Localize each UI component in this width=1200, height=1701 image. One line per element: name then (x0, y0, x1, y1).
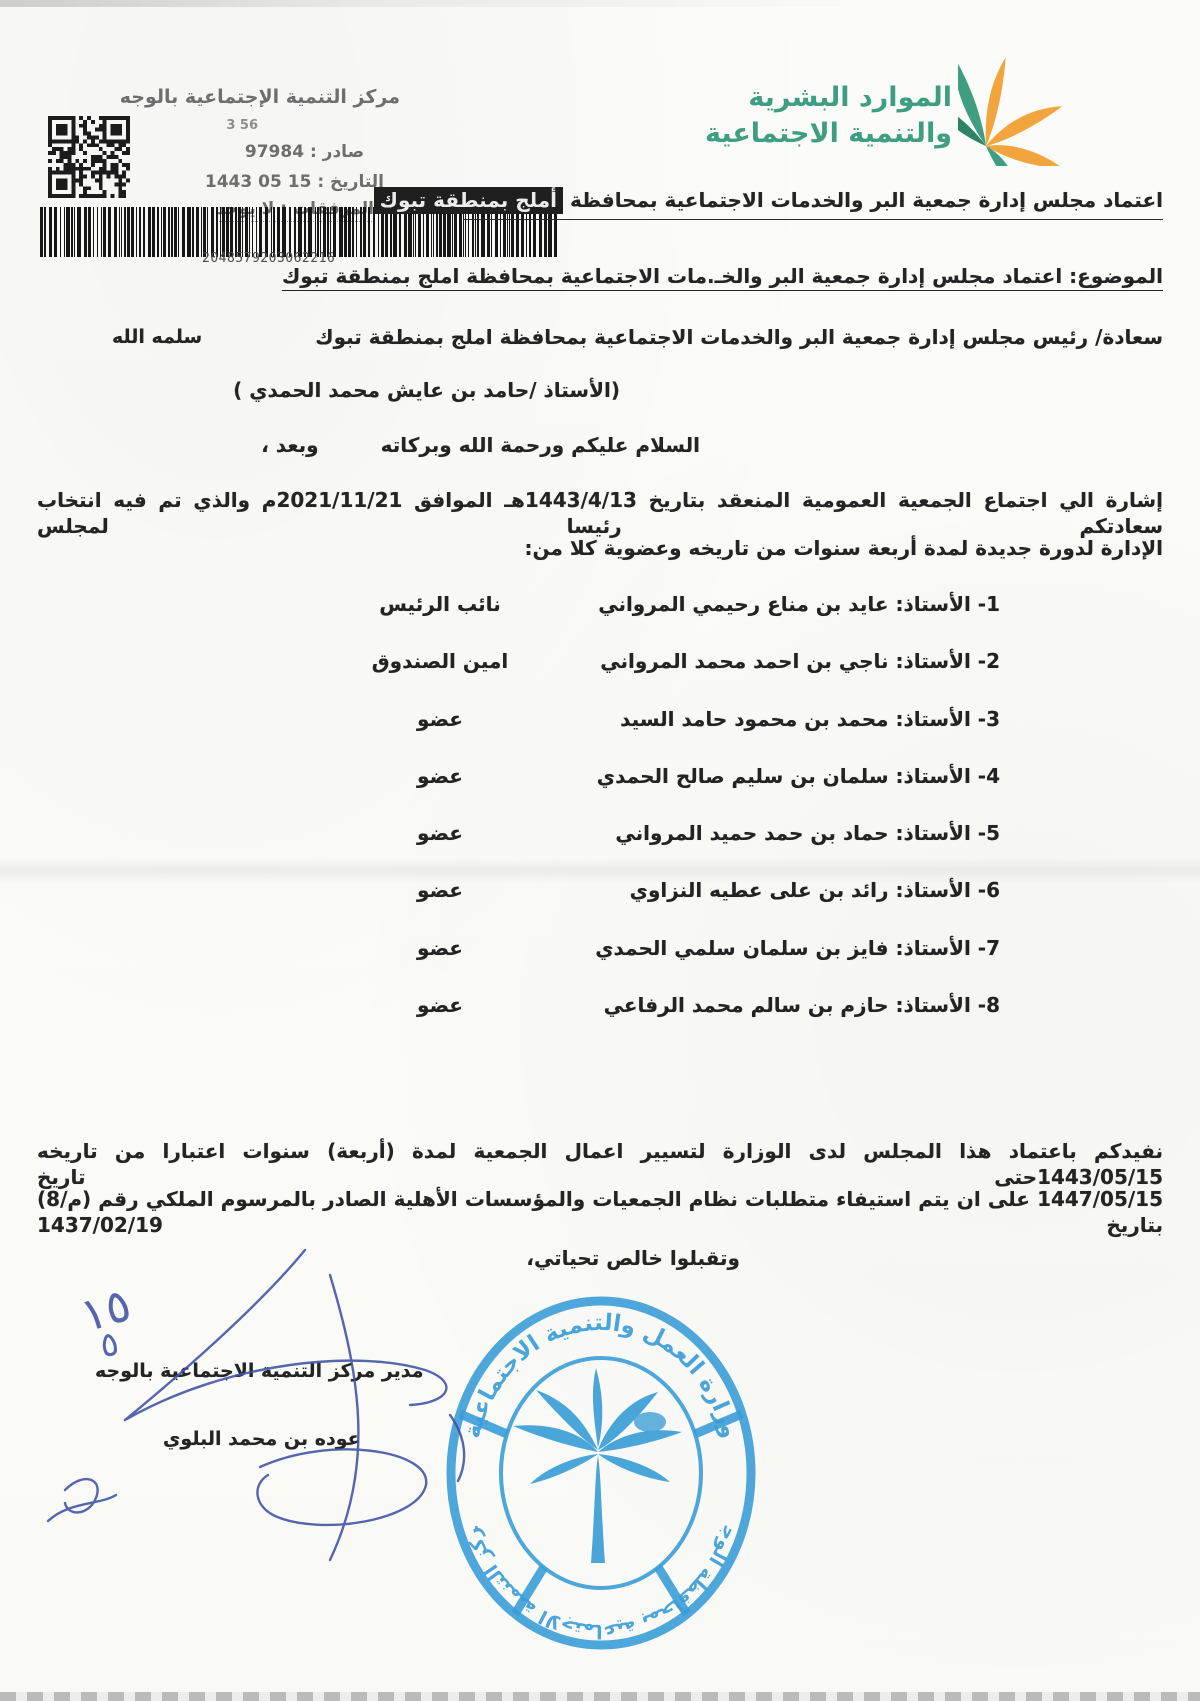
salutation-line: سعادة/ رئيس مجلس إدارة جمعية البر والخدم… (315, 325, 1163, 349)
member-role: عضو (360, 936, 520, 960)
member-row: 3- الأستاذ: محمد بن محمود حامد السيد عضو (0, 707, 1200, 737)
member-row: 1- الأستاذ: عايد بن مناع رحيمي المرواني … (0, 592, 1200, 622)
document-title-overlap: أملج بمنطقة تبوك (374, 187, 563, 214)
ministry-name: الموارد البشرية والتنمية الاجتماعية (705, 80, 952, 151)
member-row: 8- الأستاذ: حازم بن سالم محمد الرفاعي عض… (0, 993, 1200, 1023)
closing-paragraph-line2: 1447/05/15 على ان يتم استيفاء متطلبات نظ… (37, 1186, 1163, 1238)
member-row: 7- الأستاذ: فايز بن سلمان سلمي الحمدي عض… (0, 936, 1200, 966)
date-value: 15 05 1443 (205, 172, 312, 192)
subject-line: الموضوع: اعتماد مجلس إدارة جمعية البر وا… (282, 264, 1163, 288)
ministry-name-line2: والتنمية الاجتماعية (705, 116, 952, 152)
blessing-text: سلمه الله (112, 326, 202, 348)
member-row: 4- الأستاذ: سلمان بن سليم صالح الحمدي عض… (0, 764, 1200, 794)
member-role: عضو (360, 878, 520, 902)
registry-center-name: مركز التنمية الإجتماعية بالوجه (120, 86, 400, 108)
member-role: امين الصندوق (360, 649, 520, 673)
member-role: عضو (360, 764, 520, 788)
member-name: 2- الأستاذ: ناجي بن احمد محمد المرواني (600, 649, 1000, 673)
document-page: الموارد البشرية والتنمية الاجتماعية مركز… (0, 0, 1200, 1701)
document-title: اعتماد مجلس إدارة جمعية البر والخدمات ال… (463, 188, 1163, 220)
greeting-line: السلام عليكم ورحمة الله وبركاته وبعد ، (261, 433, 700, 457)
issued-label: صادر : (310, 142, 364, 162)
member-name: 3- الأستاذ: محمد بن محمود حامد السيد (620, 707, 1000, 731)
registry-date-line: التاريخ : 15 05 1443 (205, 172, 384, 192)
greeting-text: السلام عليكم ورحمة الله وبركاته (381, 433, 700, 457)
member-row: 5- الأستاذ: حماد بن حمد حميد المرواني عض… (0, 821, 1200, 851)
member-name: 5- الأستاذ: حماد بن حمد حميد المرواني (615, 821, 1000, 845)
addressee-name: (الأستاذ /حامد بن عايش محمد الحمدي ) (233, 378, 620, 402)
seal-palm-icon (513, 1368, 682, 1563)
registry-ref-number: 56 3 (226, 118, 258, 133)
regards-line: وتقبلوا خالص تحياتي، (526, 1246, 740, 1270)
issued-number: 97984 (245, 142, 304, 162)
official-seal: وزارة العمل والتنمية الاجتماعية مركز الت… (438, 1288, 768, 1668)
closing-paragraph-line1: نفيدكم باعتماد هذا المجلس لدى الوزارة لت… (37, 1138, 1163, 1190)
qr-code (48, 116, 130, 198)
ministry-logo-icon (958, 44, 1108, 166)
body-paragraph-line1: إشارة الي اجتماع الجمعية العمومية المنعق… (37, 487, 1163, 539)
barcode-number: 2048579203062216 (202, 251, 335, 266)
member-name: 4- الأستاذ: سلمان بن سليم صالح الحمدي (597, 764, 1000, 788)
member-row: 2- الأستاذ: ناجي بن احمد محمد المرواني ا… (0, 649, 1200, 679)
document-title-main: اعتماد مجلس إدارة جمعية البر والخدمات ال… (570, 188, 1163, 212)
member-name: 7- الأستاذ: فايز بن سلمان سلمي الحمدي (595, 936, 1000, 960)
ministry-name-line1: الموارد البشرية (705, 80, 952, 116)
scan-edge-bottom (0, 1692, 1200, 1701)
member-row: 6- الأستاذ: رائد بن على عطيه النزاوي عضو (0, 878, 1200, 908)
scan-edge-top (0, 0, 1200, 7)
member-role: عضو (360, 993, 520, 1017)
registry-issued-line: صادر : 97984 (245, 142, 364, 162)
member-role: عضو (360, 821, 520, 845)
greeting-suffix: وبعد ، (261, 433, 318, 457)
member-name: 8- الأستاذ: حازم بن سالم محمد الرفاعي (604, 993, 1000, 1017)
member-role: نائب الرئيس (360, 592, 520, 616)
member-name: 6- الأستاذ: رائد بن على عطيه النزاوي (630, 878, 1000, 902)
member-name: 1- الأستاذ: عايد بن مناع رحيمي المرواني (598, 592, 1000, 616)
body-paragraph-line2: الإدارة لدورة جديدة لمدة أربعة سنوات من … (37, 535, 1163, 561)
handwritten-signature: ١٥ ٥ (30, 1235, 470, 1565)
member-role: عضو (360, 707, 520, 731)
